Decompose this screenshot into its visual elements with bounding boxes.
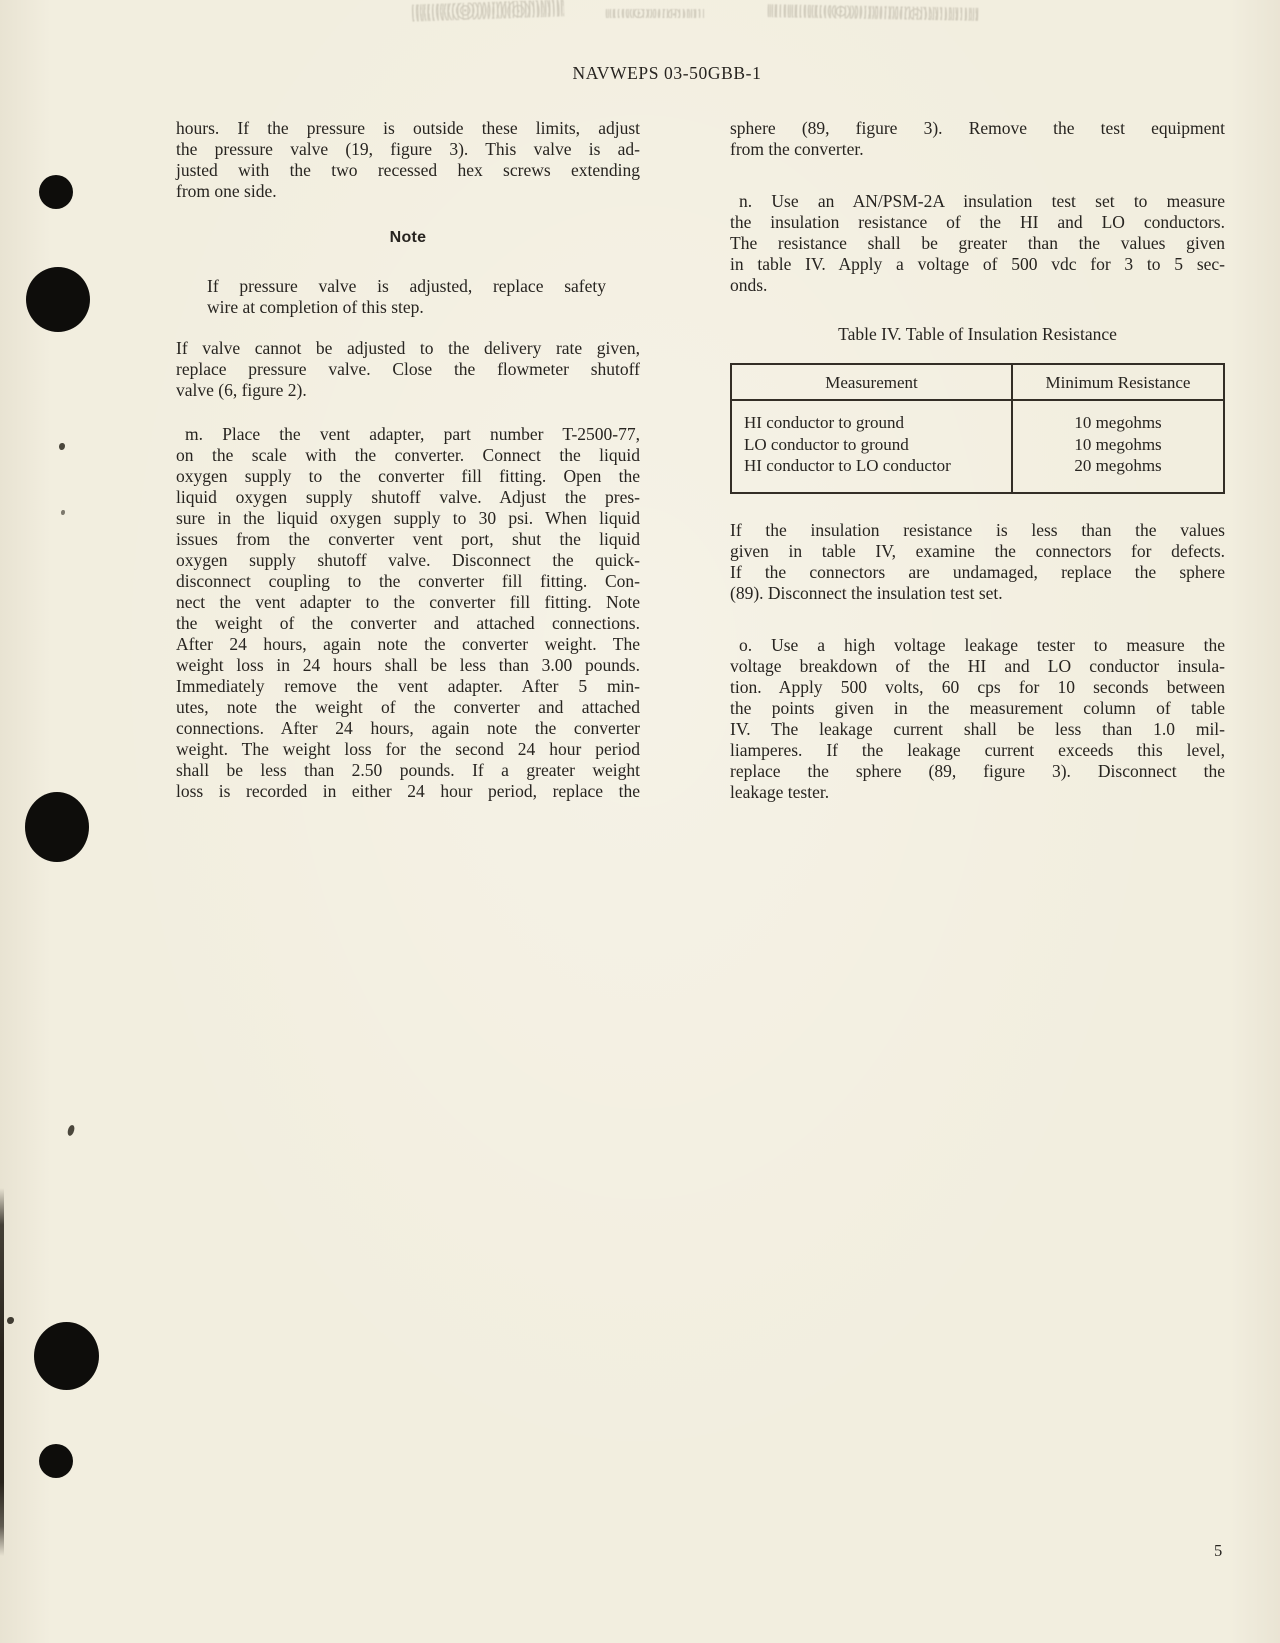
ink-speck	[7, 1317, 14, 1324]
text-line: the points given in the measurement colu…	[730, 698, 1225, 719]
text-line: weight. The weight loss for the second 2…	[176, 739, 640, 760]
text-line: After 24 hours, again note the converter…	[176, 634, 640, 655]
text-line: justed with the two recessed hex screws …	[176, 160, 640, 181]
note-paragraph: If pressure valve is adjusted, replace s…	[207, 276, 606, 318]
table-cell-text: 10 megohms	[1017, 434, 1219, 456]
text-line: leakage tester.	[730, 782, 1225, 803]
text-line: m. Place the vent adapter, part number T…	[176, 424, 640, 445]
hole-punch-mark	[39, 1444, 73, 1478]
text-line: If pressure valve is adjusted, replace s…	[207, 276, 606, 297]
ink-speck	[67, 1124, 75, 1136]
table-cell-text: HI conductor to ground	[744, 412, 1007, 434]
note-heading: Note	[176, 227, 640, 248]
page-number: 5	[1214, 1541, 1222, 1561]
text-line: replace pressure valve. Close the flowme…	[176, 359, 640, 380]
right-column: sphere (89, figure 3). Remove the test e…	[730, 118, 1225, 803]
ink-smudge	[412, 0, 565, 22]
table-header-row: Measurement Minimum Resistance	[732, 365, 1223, 401]
text-line: oxygen supply shutoff valve. Disconnect …	[176, 550, 640, 571]
ink-speck	[61, 510, 65, 515]
paragraph: If the insulation resistance is less tha…	[730, 520, 1225, 604]
text-line: (89). Disconnect the insulation test set…	[730, 583, 1225, 604]
ink-smudge	[604, 9, 704, 18]
text-line: from one side.	[176, 181, 640, 202]
text-line: Immediately remove the vent adapter. Aft…	[176, 676, 640, 697]
table-cell-text: HI conductor to LO conductor	[744, 455, 1007, 477]
text-line: on the scale with the converter. Connect…	[176, 445, 640, 466]
page-edge-shadow	[0, 1188, 4, 1556]
text-line: n. Use an AN/PSM-2A insulation test set …	[730, 191, 1225, 212]
text-line: issues from the converter vent port, shu…	[176, 529, 640, 550]
paragraph: If valve cannot be adjusted to the deliv…	[176, 338, 640, 401]
text-line: the insulation resistance of the HI and …	[730, 212, 1225, 233]
text-line: in table IV. Apply a voltage of 500 vdc …	[730, 254, 1225, 275]
text-line: nect the vent adapter to the converter f…	[176, 592, 640, 613]
paragraph: hours. If the pressure is outside these …	[176, 118, 640, 202]
text-line: tion. Apply 500 volts, 60 cps for 10 sec…	[730, 677, 1225, 698]
table-caption: Table IV. Table of Insulation Resistance	[730, 324, 1225, 345]
hole-punch-mark	[25, 792, 89, 862]
hole-punch-mark	[34, 1322, 99, 1390]
table-body-row: HI conductor to ground LO conductor to g…	[732, 401, 1223, 492]
text-line: The resistance shall be greater than the…	[730, 233, 1225, 254]
text-line: weight loss in 24 hours shall be less th…	[176, 655, 640, 676]
text-line: o. Use a high voltage leakage tester to …	[730, 635, 1225, 656]
table-cell-text: 10 megohms	[1017, 412, 1219, 434]
paragraph: sphere (89, figure 3). Remove the test e…	[730, 118, 1225, 160]
text-line: wire at completion of this step.	[207, 297, 606, 318]
table-header-minimum-resistance: Minimum Resistance	[1013, 365, 1223, 399]
text-line: IV. The leakage current shall be less th…	[730, 719, 1225, 740]
text-line: shall be less than 2.50 pounds. If a gre…	[176, 760, 640, 781]
text-line: given in table IV, examine the connector…	[730, 541, 1225, 562]
page-header: NAVWEPS 03-50GBB-1	[0, 63, 1280, 84]
table-header-measurement: Measurement	[732, 365, 1013, 399]
text-line: onds.	[730, 275, 1225, 296]
text-line: disconnect coupling to the converter fil…	[176, 571, 640, 592]
document-page: NAVWEPS 03-50GBB-1 hours. If the pressur…	[0, 0, 1280, 1643]
text-line: hours. If the pressure is outside these …	[176, 118, 640, 139]
text-line: valve (6, figure 2).	[176, 380, 640, 401]
left-column: hours. If the pressure is outside these …	[176, 118, 640, 802]
text-line: the weight of the converter and attached…	[176, 613, 640, 634]
text-line: oxygen supply to the converter fill fitt…	[176, 466, 640, 487]
text-line: sure in the liquid oxygen supply to 30 p…	[176, 508, 640, 529]
text-line: liquid oxygen supply shutoff valve. Adju…	[176, 487, 640, 508]
text-line: the pressure valve (19, figure 3). This …	[176, 139, 640, 160]
text-line: loss is recorded in either 24 hour perio…	[176, 781, 640, 802]
hole-punch-mark	[26, 267, 90, 332]
text-line: from the converter.	[730, 139, 1225, 160]
table-cell-text: LO conductor to ground	[744, 434, 1007, 456]
ink-speck	[59, 443, 65, 450]
text-line: liamperes. If the leakage current exceed…	[730, 740, 1225, 761]
table-resistance-cell: 10 megohms 10 megohms 20 megohms	[1013, 401, 1223, 492]
ink-smudge	[766, 4, 980, 21]
text-line: voltage breakdown of the HI and LO condu…	[730, 656, 1225, 677]
text-line: connections. After 24 hours, again note …	[176, 718, 640, 739]
paragraph-step-n: n. Use an AN/PSM-2A insulation test set …	[730, 191, 1225, 296]
table-measurement-cell: HI conductor to ground LO conductor to g…	[732, 401, 1013, 492]
text-line: replace the sphere (89, figure 3). Disco…	[730, 761, 1225, 782]
text-line: If valve cannot be adjusted to the deliv…	[176, 338, 640, 359]
text-line: If the insulation resistance is less tha…	[730, 520, 1225, 541]
paragraph-step-m: m. Place the vent adapter, part number T…	[176, 424, 640, 802]
text-line: sphere (89, figure 3). Remove the test e…	[730, 118, 1225, 139]
paragraph-step-o: o. Use a high voltage leakage tester to …	[730, 635, 1225, 803]
hole-punch-mark	[39, 175, 73, 209]
text-line: utes, note the weight of the converter a…	[176, 697, 640, 718]
text-line: If the connectors are undamaged, replace…	[730, 562, 1225, 583]
table-cell-text: 20 megohms	[1017, 455, 1219, 477]
insulation-resistance-table: Measurement Minimum Resistance HI conduc…	[730, 363, 1225, 494]
